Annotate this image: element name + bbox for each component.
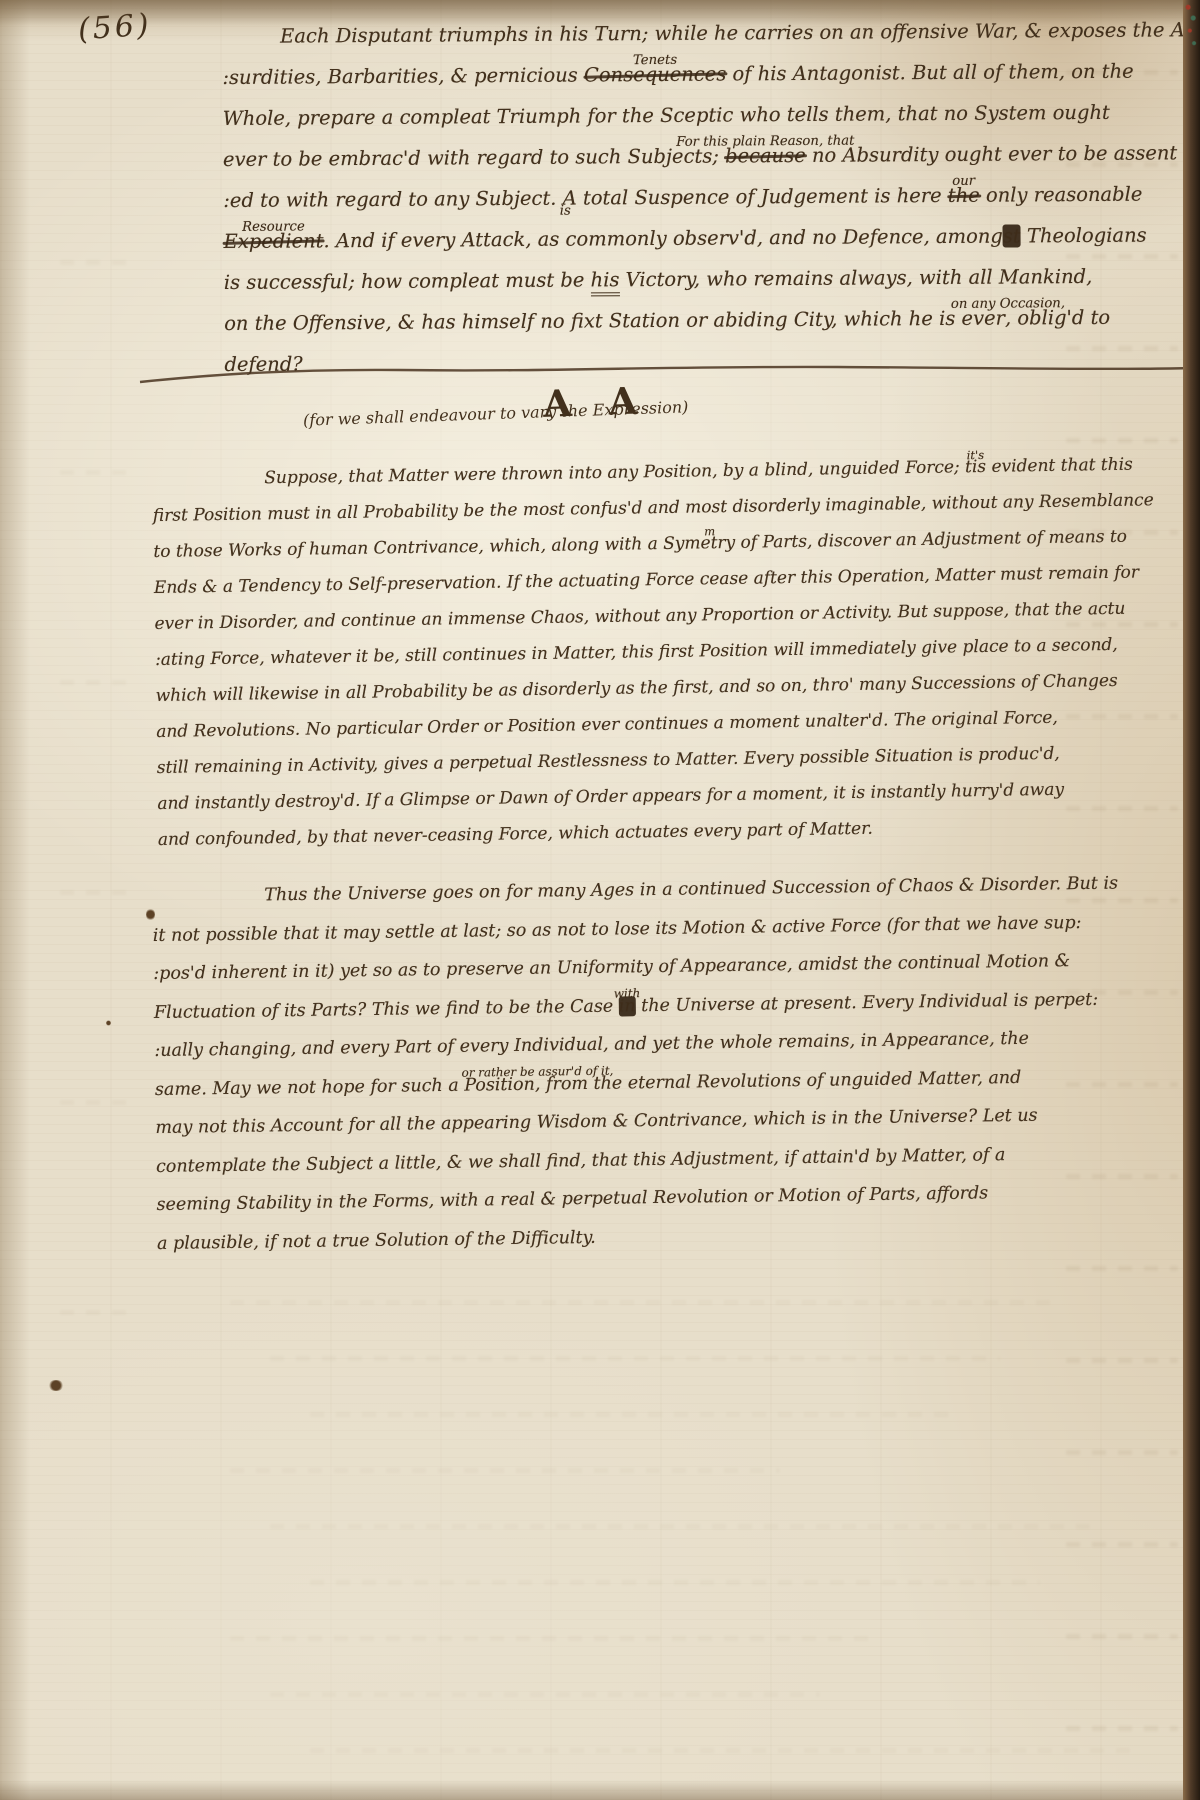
show-through-line [1066,1082,1178,1087]
show-through-line [1066,622,1178,627]
text-segment: seeming Stability in the Forms, with a r… [156,1183,988,1215]
text-segment: a plausible, if not a true Solution of t… [157,1227,596,1253]
manuscript-line: on the Offensive, & has himself no fixt … [224,296,1199,344]
struck-text: Consequences [584,62,727,86]
show-through-line [1066,1542,1178,1547]
insertion-point: ourthe [948,175,980,216]
text-segment: only reasonable [980,183,1143,207]
show-through-line [230,1300,1050,1305]
show-through-line [1066,898,1178,903]
show-through-line [230,1468,780,1473]
text-segment: ever to be embrac'd with regard to such … [223,144,725,171]
ink-speck [48,1380,64,1391]
show-through-line [310,1412,950,1417]
show-through-line [310,1580,1040,1585]
text-segment: to those Works of human Contrivance, whi… [153,534,684,562]
text-segment: evident that this [986,455,1133,477]
blotted-text: st [1003,224,1021,247]
text-segment: Whole, prepare a compleat Triumph for th… [223,101,1110,130]
show-through-line [1066,346,1178,351]
show-through-line [60,890,130,895]
text-segment: Each Disputant triumphs in his Turn; whi… [280,18,1197,47]
insertion-point: or rather be assur'd of it,, [535,1065,541,1104]
text-segment: Suppose, that Matter were thrown into an… [264,457,965,488]
show-through-line [1066,1358,1178,1363]
manuscript-line: :surdities, Barbarities, & pernicious Te… [222,50,1197,98]
interlinear-insertion: or rather be assur'd of it, [461,1052,613,1093]
show-through-line [1066,806,1178,811]
paragraph-2: Suppose, that Matter were thrown into an… [152,446,1159,858]
text-segment: and confounded, by that never-ceasing Fo… [158,819,873,850]
show-through-line [1066,1266,1178,1271]
insertion-point: within [619,987,636,1026]
text-segment: contemplate the Subject a little, & we s… [156,1145,1006,1177]
text-segment: is successful; how compleat must be [224,268,591,294]
show-through-line [1066,70,1178,75]
text-segment: commonly observ'd, and no Defence, among [565,225,1003,251]
interlinear-insertion: is [560,191,571,232]
text-segment: :ed to with regard to any Subject. A tot… [223,184,948,212]
show-through-line [1066,1634,1178,1639]
show-through-line [270,1356,1000,1361]
insertion-point: TenetsConsequences [584,53,727,95]
marbled-edge [1183,0,1200,90]
show-through-line [1066,254,1178,259]
text-segment: his [591,268,620,296]
interlinear-parenthetical: (for we shall endeavour to vary the Expr… [303,397,689,429]
text-segment: Theologians [1021,224,1147,248]
insertion-point: ResourceExpedient [223,220,323,262]
show-through-line [1066,530,1178,535]
text-segment: the Universe at present. Every Individua… [636,989,1099,1015]
show-through-line [270,1692,820,1697]
interlinear-insertion: on any Occasion, [951,284,1066,326]
text-segment: Thus the Universe goes on for many Ages … [264,874,1118,906]
insertion-point: For this plain Reason, thatbecause [725,135,806,177]
text-segment: :surdities, Barbarities, & pernicious [222,63,584,89]
insertion-point: mmetry [684,525,735,562]
show-through-line [60,1100,130,1105]
interlinear-insertion: with [614,975,641,1014]
show-through-line [1066,1726,1178,1731]
paragraph-3: Thus the Universe goes on for many Ages … [152,865,1123,1263]
show-through-line [60,260,130,265]
book-binding-edge [1183,0,1200,1800]
show-through-line [60,680,130,685]
ink-speck [146,908,155,921]
show-through-line [270,1524,1090,1529]
text-segment: Fluctuation of its Parts? This we find t… [154,996,619,1022]
show-through-line [1066,1450,1178,1455]
manuscript-line: ever to be embrac'd with regard to such … [223,132,1198,180]
manuscript-line: ResourceExpedient. And if every Attack, … [223,214,1198,262]
interlinear-insertion: it's [966,437,984,473]
text-segment: still remaining in Activity, gives a per… [157,744,1060,778]
manuscript-page: (56) Each Disputant triumphs in his Turn… [0,0,1200,1800]
paragraph-1: Each Disputant triumphs in his Turn; whi… [222,9,1200,385]
text-segment: it not possible that it may settle at la… [153,913,1082,946]
ink-rule [138,356,1196,386]
text-segment: may not this Account for all the appeari… [155,1106,1037,1138]
page-number: (56) [77,7,153,47]
text-segment: and Revolutions. No particular Order or … [156,708,1058,742]
struck-text: because [725,144,806,168]
text-segment: and instantly destroy'd. If a Glimpse or… [157,780,1064,814]
show-through-line [1066,1174,1178,1179]
insertion-point: it'stis [965,449,987,485]
show-through-line [230,1636,870,1641]
show-through-line [60,470,130,475]
manuscript-line: Each Disputant triumphs in his Turn; whi… [222,9,1197,57]
show-through-line [1066,714,1178,719]
ink-speck [106,1020,111,1026]
page-bottom-edge [0,1780,1200,1800]
text-segment: :pos'd inherent in it) yet so as to pres… [153,951,1070,984]
struck-text: the [948,184,980,207]
insertion-point: on any Occasion,, [1005,297,1011,338]
text-segment: on the Offensive, & has himself no fixt … [224,307,1005,335]
struck-text: Expedient [223,229,323,253]
text-segment: . And if every Attack, as [323,228,565,253]
show-through-line [1066,438,1178,443]
show-through-line [1066,162,1178,167]
show-through-line [60,1310,130,1315]
interlinear-insertion: m [704,513,716,549]
manuscript-line: :ed to with regard to any Subject. A tot… [223,173,1198,221]
show-through-line [1066,990,1178,995]
show-through-line [310,1748,1130,1753]
page-left-edge [0,0,30,1800]
